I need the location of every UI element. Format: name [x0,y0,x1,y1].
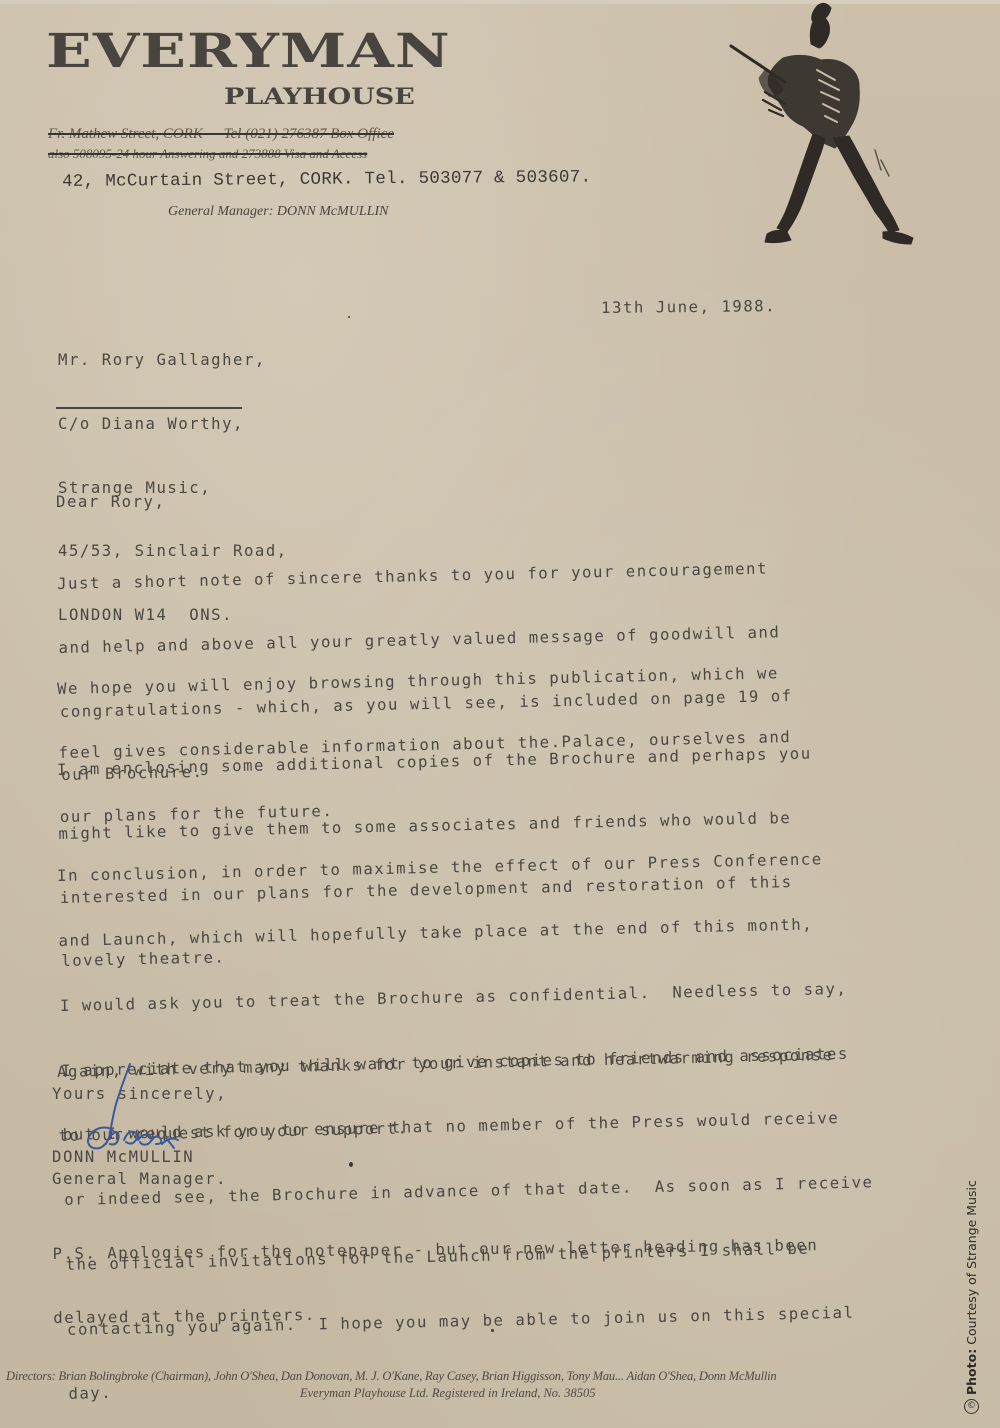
paper-speck [349,1162,353,1167]
typed-new-address: 42, McCurtain Street, CORK. Tel. 503077 … [62,167,591,192]
text-line: We hope you will enjoy browsing through … [57,663,790,700]
salutation: Dear Rory, [56,492,165,513]
everyman-figure-icon [725,0,940,255]
paper-speck [491,1329,494,1332]
letter-date: 13th June, 1988. [601,296,776,319]
text-line: delayed at the printers. [53,1299,819,1329]
text-line: In conclusion, in order to maximise the … [57,849,867,888]
text-line: Just a short note of sincere thanks to y… [57,558,790,595]
struck-old-address-line2: also 508095-24 hour Answering and 273888… [48,146,367,162]
photo-credit-label: Photo: [964,1349,979,1395]
text-line: P.S. Apologies for the notepaper - but o… [52,1236,818,1266]
letterhead-logo-playhouse: PLAYHOUSE [224,86,415,108]
recipient-line: Mr. Rory Gallagher, [58,350,288,371]
handwritten-signature-icon [66,1060,196,1160]
photo-credit: © Photo: Courtesy of Strange Music [964,1180,979,1414]
footer-registration: Everyman Playhouse Ltd. Registered in Ir… [300,1386,596,1401]
footer-directors: Directors: Brian Bolingbroke (Chairman),… [6,1369,776,1384]
address-underline [56,407,242,409]
general-manager-line: General Manager: DONN McMULLIN [168,204,388,220]
signer-title: General Manager. [52,1169,227,1190]
letterhead-logo-everyman: EVERYMAN [46,28,451,75]
recipient-line: C/o Diana Worthy, [58,414,288,435]
postscript: P.S. Apologies for the notepaper - but o… [52,1193,819,1350]
signer-name: DONN McMULLIN [52,1147,194,1168]
text-line: and Launch, which will hopefully take pl… [58,913,868,952]
paper-speck [348,316,350,318]
struck-old-address-line1: Fr. Mathew Street, CORK — Tel (021) 2763… [48,126,394,143]
text-line: I am enclosing some additional copies of… [57,744,812,782]
copyright-icon: © [964,1399,979,1414]
photo-credit-text: Courtesy of Strange Music [964,1180,979,1345]
